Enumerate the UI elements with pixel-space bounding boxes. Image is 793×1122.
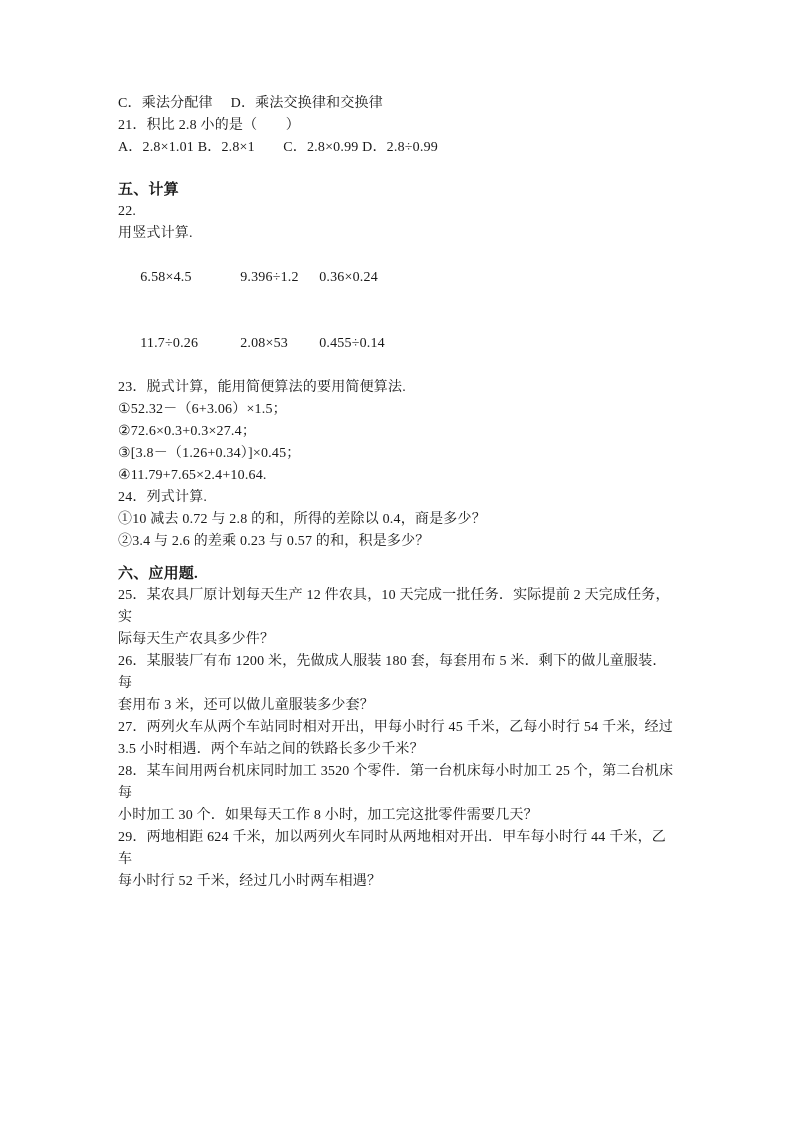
problem-26-line-1: 26．某服装厂有布 1200 米，先做成人服装 180 套，每套用布 5 米．剩…	[118, 651, 678, 695]
question-24-prompt: 24．列式计算.	[118, 487, 678, 509]
calc-expression: 9.396÷1.2	[240, 267, 319, 289]
problem-27-line-2: 3.5 小时相遇．两个车站之间的铁路长多少千米？	[118, 739, 678, 761]
worksheet-page: C．乘法分配律 D．乘法交换律和交换律 21．积比 2.8 小的是（ ） A．2…	[0, 0, 793, 1122]
problem-27-line-1: 27．两列火车从两个车站同时相对开出，甲每小时行 45 千米，乙每小时行 54 …	[118, 717, 678, 739]
calc-row-2: 11.7÷0.262.08×530.455÷0.14	[118, 311, 678, 377]
problem-25-line-2: 际每天生产农具多少件？	[118, 629, 678, 651]
problem-25-line-1: 25．某农具厂原计划每天生产 12 件农具，10 天完成一批任务．实际提前 2 …	[118, 585, 678, 629]
calc-expression: 11.7÷0.26	[140, 333, 240, 355]
calc-row-1: 6.58×4.59.396÷1.20.36×0.24	[118, 245, 678, 311]
option-line-cd: C．乘法分配律 D．乘法交换律和交换律	[118, 93, 678, 115]
problem-26-line-2: 套用布 3 米，还可以做儿童服装多少套？	[118, 695, 678, 717]
question-21: 21．积比 2.8 小的是（ ）	[118, 115, 678, 137]
question-24-item-2: ②3.4 与 2.6 的差乘 0.23 与 0.57 的和，积是多少？	[118, 531, 678, 553]
problem-28-line-2: 小时加工 30 个．如果每天工作 8 小时，加工完这批零件需要几天？	[118, 805, 678, 827]
calc-expression: 0.455÷0.14	[319, 333, 385, 355]
question-23-item-1: ①52.32－（6+3.06）×1.5；	[118, 399, 678, 421]
worksheet-content: C．乘法分配律 D．乘法交换律和交换律 21．积比 2.8 小的是（ ） A．2…	[118, 93, 678, 893]
question-23-prompt: 23．脱式计算，能用简便算法的要用简便算法.	[118, 377, 678, 399]
section-heading-calc: 五、计算	[118, 179, 678, 201]
question-23-item-4: ④11.79+7.65×2.4+10.64.	[118, 465, 678, 487]
problem-28-line-1: 28．某车间用两台机床同时加工 3520 个零件．第一台机床每小时加工 25 个…	[118, 761, 678, 805]
question-22-number: 22.	[118, 201, 678, 223]
question-23-item-2: ②72.6×0.3+0.3×27.4；	[118, 421, 678, 443]
question-23-item-3: ③[3.8－（1.26+0.34）]×0.45；	[118, 443, 678, 465]
question-22-instruction: 用竖式计算.	[118, 223, 678, 245]
calc-expression: 6.58×4.5	[140, 267, 240, 289]
calc-expression: 2.08×53	[240, 333, 319, 355]
section-heading-word-problems: 六、应用题.	[118, 563, 678, 585]
problem-29-line-2: 每小时行 52 千米，经过几小时两车相遇？	[118, 871, 678, 893]
option-line-21: A．2.8×1.01 B．2.8×1 C．2.8×0.99 D．2.8÷0.99	[118, 137, 678, 159]
question-24-item-1: ①10 减去 0.72 与 2.8 的和，所得的差除以 0.4，商是多少？	[118, 509, 678, 531]
calc-expression: 0.36×0.24	[319, 267, 378, 289]
problem-29-line-1: 29．两地相距 624 千米，加以两列火车同时从两地相对开出．甲车每小时行 44…	[118, 827, 678, 871]
